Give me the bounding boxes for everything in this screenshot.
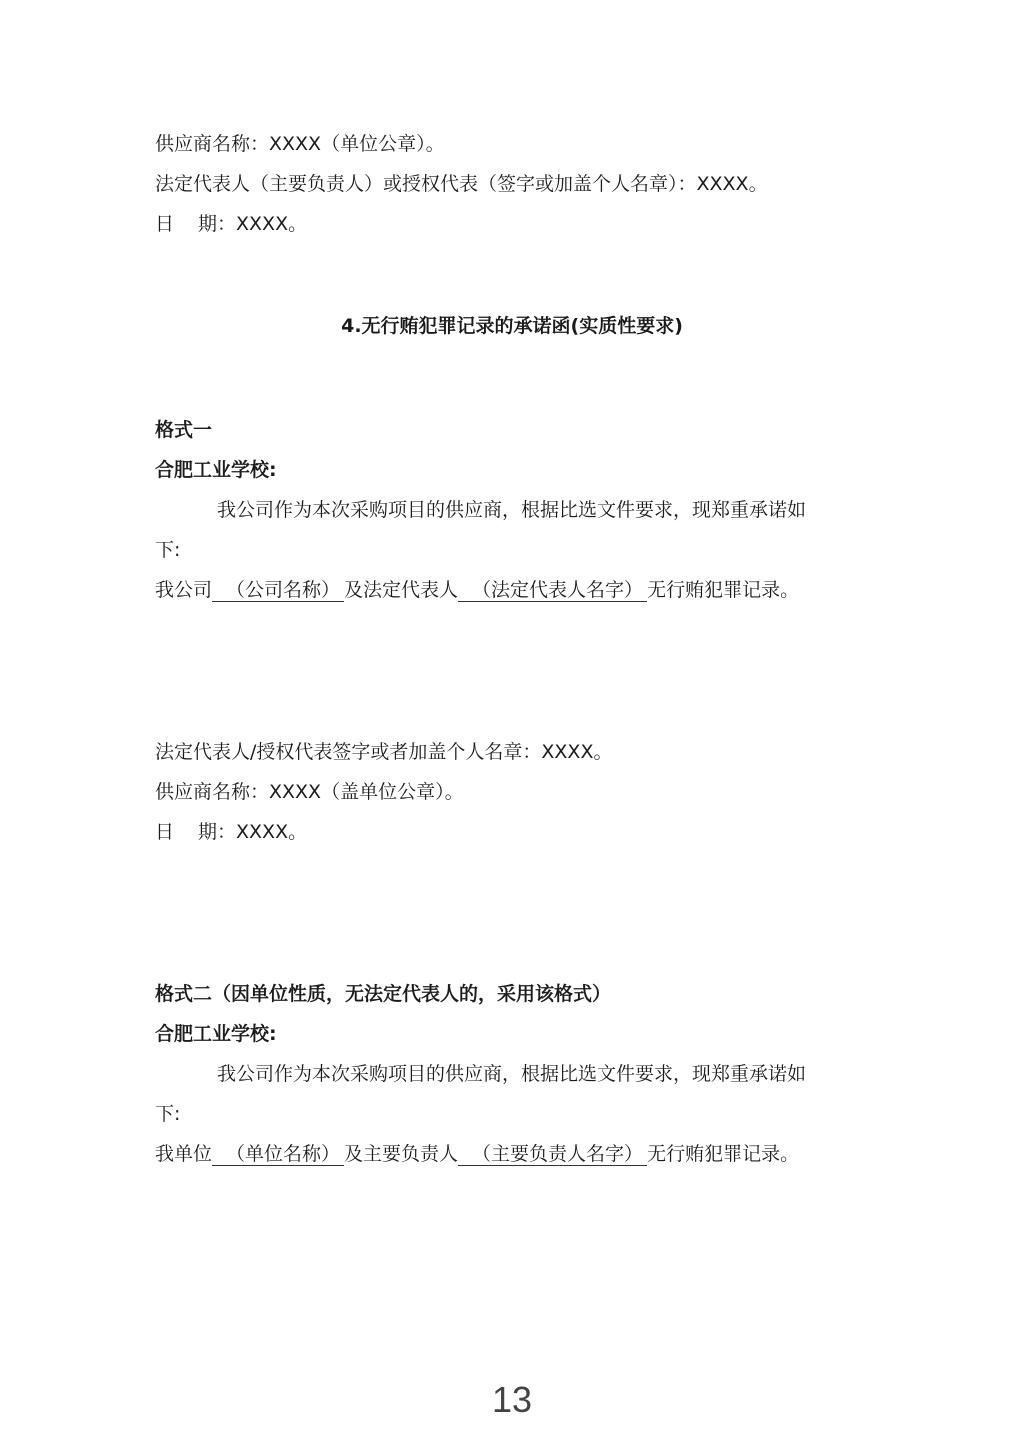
format-one-date-line: 日期：XXXX。 [155,820,307,844]
date-label-rest: 期：XXXX。 [198,821,307,843]
format-two-body-line2: 下: [155,1102,180,1126]
commit-mid: 及法定代表人 [344,579,458,601]
unit-name-blank[interactable]: （单位名称） [212,1143,344,1166]
commit-prefix: 我公司 [155,579,212,601]
supplier-name-line: 供应商名称：XXXX（单位公章）。 [155,132,445,156]
format-one-heading: 格式一 [155,418,212,442]
date-label-rest: 期：XXXX。 [198,213,307,235]
format-two-addressee: 合肥工业学校: [155,1022,277,1046]
commit-suffix: 无行贿犯罪记录。 [647,1143,799,1165]
format-two-commitment: 我单位（单位名称）及主要负责人（主要负责人名字）无行贿犯罪记录。 [155,1142,799,1166]
document-page: 供应商名称：XXXX（单位公章）。 法定代表人（主要负责人）或授权代表（签字或加… [0,0,1024,1447]
format-one-body-line1: 我公司作为本次采购项目的供应商，根据比选文件要求，现郑重承诺如 [217,498,806,522]
principal-name-blank[interactable]: （主要负责人名字） [458,1143,647,1166]
format-one-commitment: 我公司（公司名称）及法定代表人（法定代表人名字）无行贿犯罪记录。 [155,578,799,602]
legal-rep-name-blank[interactable]: （法定代表人名字） [458,579,647,602]
section-title: 4.无行贿犯罪记录的承诺函(实质性要求) [0,314,1024,338]
format-two-heading: 格式二（因单位性质，无法定代表人的，采用该格式） [155,982,611,1006]
format-one-sign-supplier: 供应商名称：XXXX（盖单位公章）。 [155,780,464,804]
commit-suffix: 无行贿犯罪记录。 [647,579,799,601]
format-one-sign-legal-rep: 法定代表人/授权代表签字或者加盖个人名章：XXXX。 [155,740,612,764]
format-one-body-line2: 下: [155,538,180,562]
format-one-addressee: 合肥工业学校: [155,458,277,482]
date-label-first: 日 [155,821,174,843]
legal-rep-line: 法定代表人（主要负责人）或授权代表（签字或加盖个人名章）：XXXX。 [155,172,768,196]
commit-mid: 及主要负责人 [344,1143,458,1165]
format-two-body-line1: 我公司作为本次采购项目的供应商，根据比选文件要求，现郑重承诺如 [217,1062,806,1086]
page-number: 13 [0,1380,1024,1420]
company-name-blank[interactable]: （公司名称） [212,579,344,602]
date-line: 日期：XXXX。 [155,212,307,236]
date-label-first: 日 [155,213,174,235]
commit-prefix: 我单位 [155,1143,212,1165]
